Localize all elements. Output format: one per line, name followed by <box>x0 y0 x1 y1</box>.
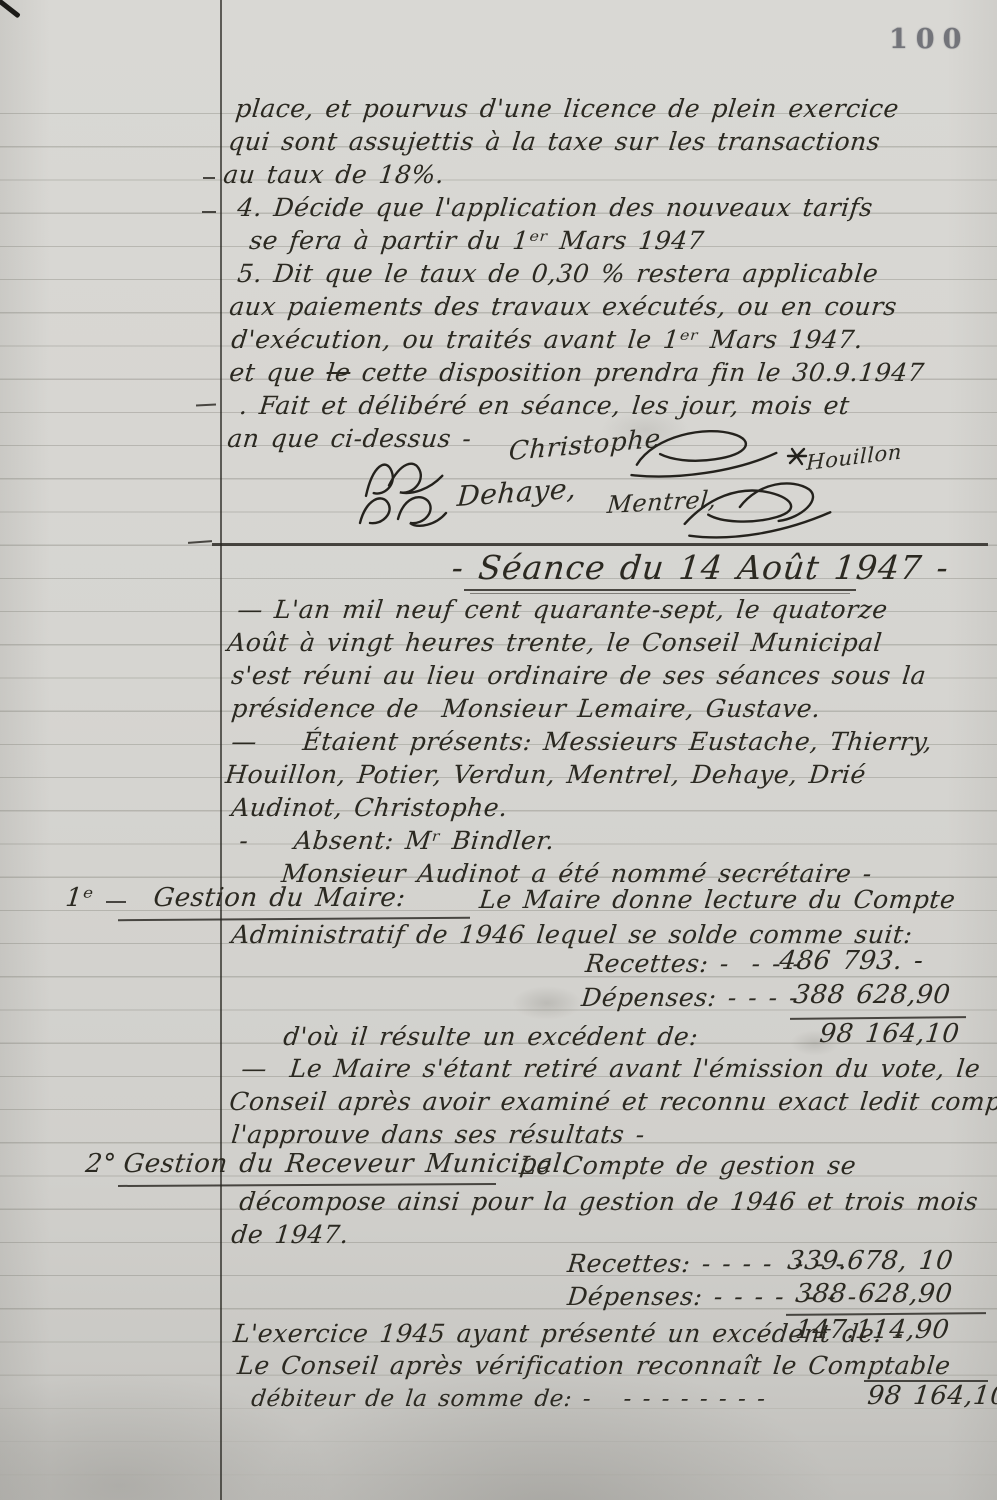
handwritten-line: décompose ainsi pour la gestion de 1946 … <box>238 1188 980 1216</box>
corner-ink-mark <box>0 0 21 18</box>
item-number: 1ᵉ <box>64 884 95 913</box>
margin-dash <box>106 901 126 903</box>
signature-scribble-icon <box>352 487 448 533</box>
handwritten-line: Le Compte de gestion se <box>518 1152 858 1180</box>
money-label: Dépenses: - - - - <box>580 984 800 1012</box>
text-after-strike: cette disposition prendra fin le 30.9.19… <box>349 358 926 387</box>
handwritten-line: débiteur de la somme de: - - - - - - - -… <box>250 1387 767 1412</box>
session-heading: - Séance du 14 Août 1947 - <box>450 550 951 586</box>
money-value: 388 628,90 <box>794 1280 954 1309</box>
item-title: Gestion du Maire: <box>152 884 407 913</box>
money-value: 98 164,10 <box>866 1382 997 1411</box>
register-page: 100 place, et pourvus d'une licence de p… <box>0 0 997 1500</box>
item-title: Gestion du Receveur Municipal: <box>122 1150 573 1179</box>
margin-dash <box>188 540 212 544</box>
handwritten-line: place, et pourvus d'une licence de plein… <box>234 95 900 123</box>
margin-dash <box>202 211 216 213</box>
section-separator-line <box>212 543 988 546</box>
handwritten-line: — Étaient présents: Messieurs Eustache, … <box>230 728 934 756</box>
handwritten-line: - Absent: Mʳ Bindler. <box>238 827 556 855</box>
money-value: 147.114,90 <box>794 1316 951 1345</box>
handwritten-line: s'est réuni au lieu ordinaire de ses séa… <box>230 662 928 690</box>
handwritten-line: d'où il résulte un excédent de: <box>282 1023 700 1051</box>
handwritten-line: l'approuve dans ses résultats - <box>230 1121 646 1149</box>
margin-dash <box>203 177 215 179</box>
margin-dash <box>196 403 216 406</box>
handwritten-line: Conseil après avoir examiné et reconnu e… <box>228 1088 997 1116</box>
money-label: Recettes: - - - - <box>584 950 803 978</box>
handwritten-line: Audinot, Christophe. <box>230 794 509 822</box>
handwritten-line: d'exécution, ou traités avant le 1ᵉʳ Mar… <box>230 326 865 354</box>
heading-underline <box>470 593 850 594</box>
handwritten-line: Le Maire donne lecture du Compte <box>478 886 957 914</box>
ink-smudge <box>512 986 582 1020</box>
asterisk-mark-icon <box>786 444 808 468</box>
handwritten-line: . Fait et délibéré en séance, les jour, … <box>238 392 851 420</box>
item-number: 2° <box>84 1150 118 1179</box>
handwritten-line: au taux de 18%. <box>222 161 446 189</box>
signature-dehaye: Dehaye, <box>456 474 578 513</box>
handwritten-line: — Le Maire s'étant retiré avant l'émissi… <box>240 1055 982 1083</box>
handwritten-line: Le Conseil après vérification reconnaît … <box>236 1352 952 1380</box>
handwritten-line: présidence de Monsieur Lemaire, Gustave. <box>230 695 822 723</box>
struck-word: le <box>325 358 352 387</box>
money-value: 388 628,90 <box>792 981 952 1010</box>
handwritten-line: de 1947. <box>230 1221 350 1249</box>
handwritten-line: se fera à partir du 1ᵉʳ Mars 1947 <box>248 227 706 255</box>
heading-text: Séance du 14 Août 1947 <box>477 548 925 587</box>
handwritten-line: Administratif de 1946 lequel se solde co… <box>230 921 914 949</box>
margin-line <box>220 0 222 1500</box>
handwritten-line: qui sont assujettis à la taxe sur les tr… <box>227 128 882 156</box>
signature-scribble-icon <box>676 470 841 548</box>
handwritten-line: Houillon, Potier, Verdun, Mentrel, Dehay… <box>224 761 867 789</box>
handwritten-line: 5. Dit que le taux de 0,30 % restera app… <box>236 260 880 288</box>
handwritten-line: — L'an mil neuf cent quarante-sept, le q… <box>236 596 889 624</box>
handwritten-line: 4. Décide que l'application des nouveaux… <box>236 194 874 222</box>
money-value: 98 164,10 <box>818 1020 961 1049</box>
handwritten-line: Août à vingt heures trente, le Conseil M… <box>226 629 884 657</box>
text-before-strike: et que <box>228 358 328 387</box>
handwritten-line-with-strikeout: et que le cette disposition prendra fin … <box>228 359 926 387</box>
handwritten-line: aux paiements des travaux exécutés, ou e… <box>228 293 898 321</box>
heading-dash: - <box>920 548 951 587</box>
money-value: 339.678, 10 <box>786 1247 955 1276</box>
heading-underline <box>464 589 856 591</box>
heading-dash: - <box>450 548 481 587</box>
page-number-stamp: 100 <box>889 24 969 55</box>
money-value: 486 793. - <box>778 947 925 976</box>
